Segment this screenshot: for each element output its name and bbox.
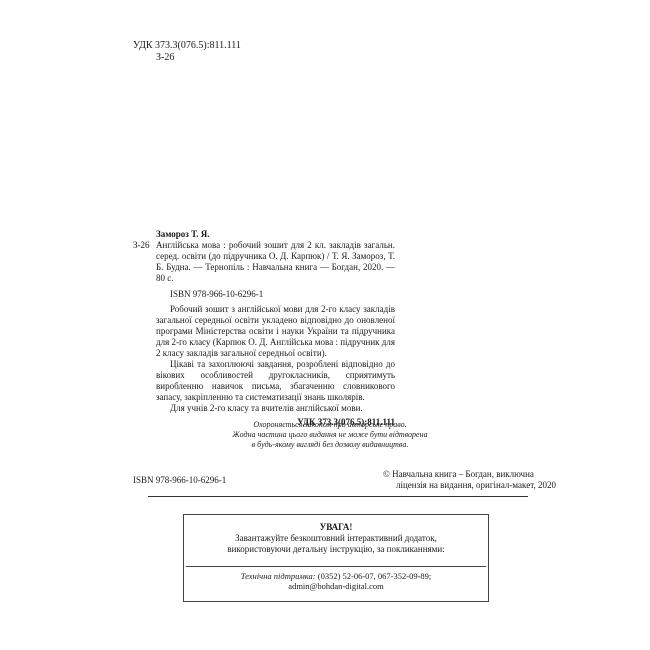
copyright-notice-line-1: Охороняється законом про авторське право… xyxy=(220,420,440,430)
copyright-notice-line-2: Жодна частина цього видання не може бути… xyxy=(220,430,440,440)
horizontal-rule xyxy=(148,496,528,497)
notice-box: УВАГА! Завантажуйте безкоштовний інтерак… xyxy=(183,514,489,602)
notice-title: УВАГА! xyxy=(184,522,488,533)
card-cutter: З-26 xyxy=(133,240,156,284)
notice-line-1: Завантажуйте безкоштовний інтерактивний … xyxy=(184,533,488,544)
card-description: Англійська мова : робочий зошит для 2 кл… xyxy=(156,240,395,284)
support-email[interactable]: admin@bohdan-digital.com xyxy=(288,581,383,591)
notice-line-2: використовуючи детальну інструкцію, за п… xyxy=(184,544,488,555)
card-author: Замороз Т. Я. xyxy=(133,229,395,240)
udk-code: УДК 373.3(076.5):811.111 xyxy=(133,40,241,51)
card-paragraph-1: Робочий зошит з англійської мови для 2-г… xyxy=(133,304,395,359)
notice-support: Технічна підтримка: (0352) 52-06-07, 067… xyxy=(184,571,488,591)
copyright-notice: Охороняється законом про авторське право… xyxy=(220,420,440,450)
catalog-card: Замороз Т. Я. З-26 Англійська мова : роб… xyxy=(133,229,395,428)
card-paragraph-3: Для учнів 2-го класу та вчителів англійс… xyxy=(133,403,395,414)
udk-header: УДК 373.3(076.5):811.111 З-26 xyxy=(133,40,241,64)
support-phones: (0352) 52-06-07, 067-352-09-89; xyxy=(316,571,432,581)
copyright-line-1: © Навчальна книга – Богдан, виключна xyxy=(383,469,534,479)
card-paragraph-2: Цікаві та захоплюючі завдання, розроблен… xyxy=(133,359,395,403)
support-label: Технічна підтримка: xyxy=(241,571,316,581)
footer-copyright: © Навчальна книга – Богдан, виключна ліц… xyxy=(383,469,556,491)
copyright-notice-line-3: в будь-якому вигляді без дозволу видавни… xyxy=(220,440,440,450)
notice-divider xyxy=(186,566,486,567)
copyright-line-2: ліцензія на видання, оригінал-макет, 202… xyxy=(383,480,556,491)
card-isbn: ISBN 978-966-10-6296-1 xyxy=(133,289,395,300)
author-code: З-26 xyxy=(133,52,241,64)
footer-isbn: ISBN 978-966-10-6296-1 xyxy=(133,475,226,485)
